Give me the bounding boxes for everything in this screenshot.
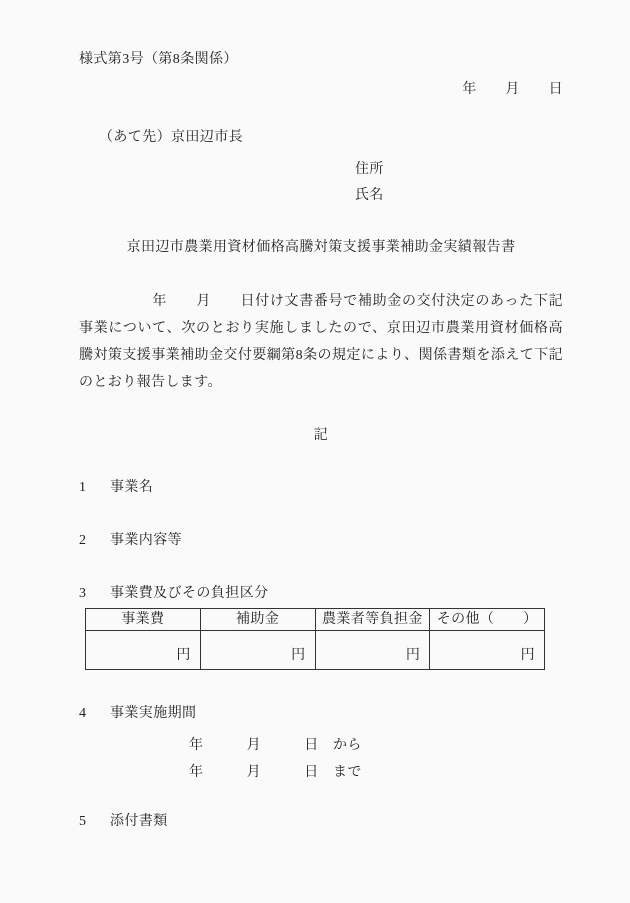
period-block: 年 月 日 から 年 月 日 まで xyxy=(189,732,563,786)
header-farmer-burden: 農業者等負担金 xyxy=(315,609,430,631)
header-subsidy: 補助金 xyxy=(200,609,315,631)
item-label: 添付書類 xyxy=(110,812,168,832)
item-number: 4 xyxy=(79,704,110,724)
item-label: 事業実施期間 xyxy=(110,704,196,724)
addressee-line: （あて先）京田辺市長 xyxy=(79,128,563,148)
item-cost-breakdown: 3 事業費及びその負担区分 xyxy=(79,584,563,604)
issue-date-line: 年 月 日 xyxy=(79,80,563,100)
body-paragraph: 年 月 日付け文書番号で補助金の交付決定のあった下記事業について、次のとおり実施… xyxy=(79,288,563,396)
item-label: 事業内容等 xyxy=(110,531,182,551)
address-label: 住所 xyxy=(355,160,563,180)
ki-heading: 記 xyxy=(79,426,563,446)
cell-farmer-burden-yen: 円 xyxy=(315,631,430,670)
item-number: 3 xyxy=(79,584,110,604)
table-value-row: 円 円 円 円 xyxy=(86,631,545,670)
cell-subsidy-yen: 円 xyxy=(200,631,315,670)
document-title: 京田辺市農業用資材価格高騰対策支援事業補助金実績報告書 xyxy=(79,238,563,258)
document-page: 様式第3号（第8条関係） 年 月 日 （あて先）京田辺市長 住所 氏名 京田辺市… xyxy=(0,0,630,903)
name-label: 氏名 xyxy=(355,186,563,206)
cell-other-yen: 円 xyxy=(430,631,545,670)
table-header-row: 事業費 補助金 農業者等負担金 その他（ ） xyxy=(86,609,545,631)
header-other: その他（ ） xyxy=(430,609,545,631)
item-project-name: 1 事業名 xyxy=(79,478,563,498)
header-project-cost: 事業費 xyxy=(86,609,201,631)
item-number: 5 xyxy=(79,812,110,832)
item-attachments: 5 添付書類 xyxy=(79,812,563,832)
item-project-details: 2 事業内容等 xyxy=(79,531,563,551)
item-implementation-period: 4 事業実施期間 xyxy=(79,704,563,724)
item-number: 1 xyxy=(79,478,110,498)
period-to-line: 年 月 日 まで xyxy=(189,759,563,786)
sender-block: 住所 氏名 xyxy=(355,160,563,206)
form-number: 様式第3号（第8条関係） xyxy=(79,50,563,70)
cell-project-cost-yen: 円 xyxy=(86,631,201,670)
cost-breakdown-table: 事業費 補助金 農業者等負担金 その他（ ） 円 円 円 円 xyxy=(85,608,545,670)
period-from-line: 年 月 日 から xyxy=(189,732,563,759)
item-label: 事業名 xyxy=(110,478,153,498)
item-number: 2 xyxy=(79,531,110,551)
item-label: 事業費及びその負担区分 xyxy=(110,584,268,604)
